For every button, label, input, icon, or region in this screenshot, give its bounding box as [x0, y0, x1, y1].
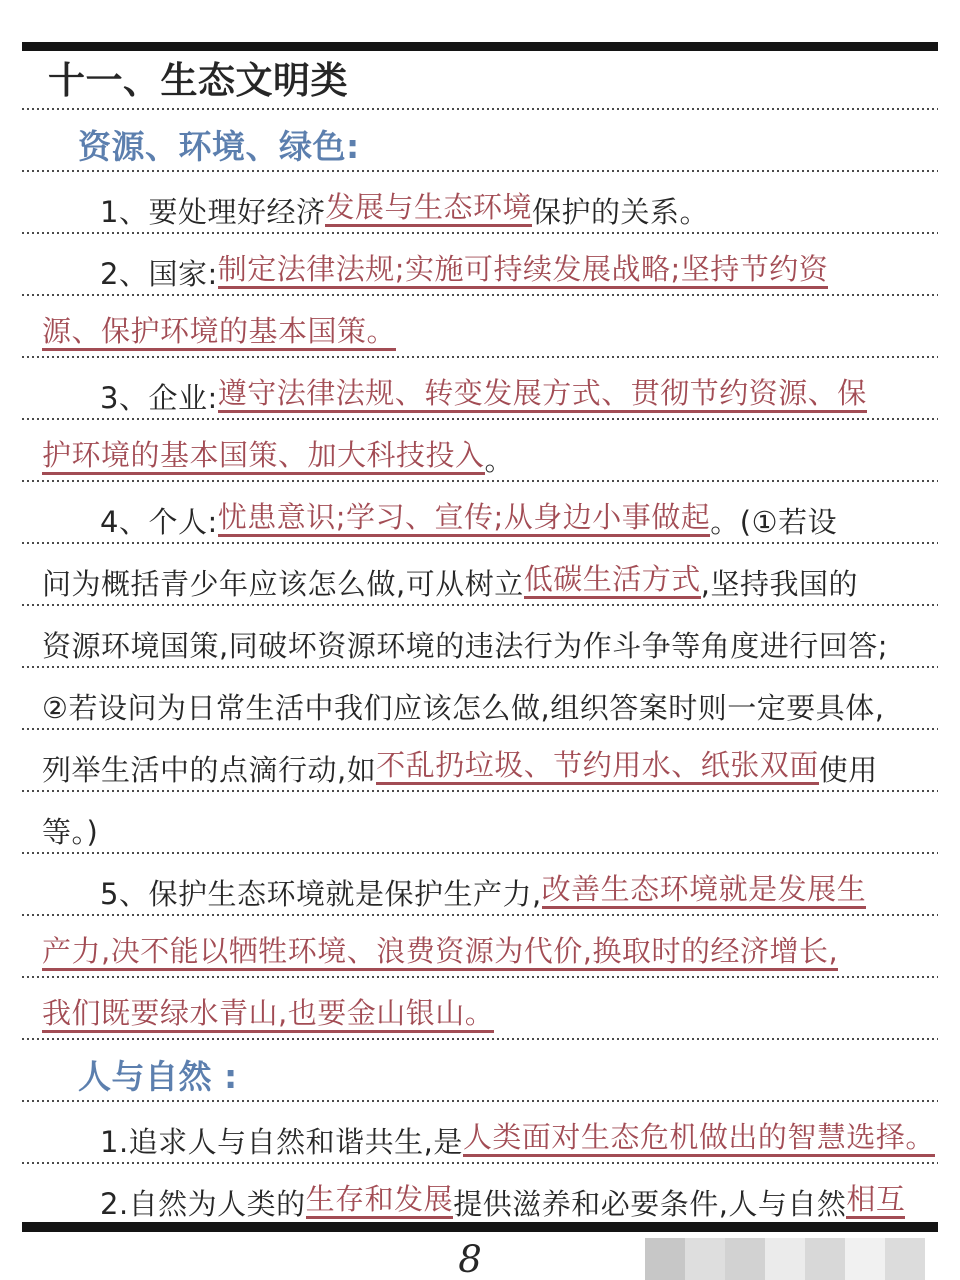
notebook-line: 资源环境国策,同破坏资源环境的违法行为作斗争等角度进行回答; [22, 606, 938, 668]
page-number: 8 [440, 1238, 500, 1280]
watermark-pixel [725, 1238, 765, 1280]
text-segment: 低碳生活方式 [524, 564, 701, 599]
text-segment: 相互 [846, 1184, 905, 1219]
notebook-line: 等。) [22, 792, 938, 854]
notebook-line: 源、保护环境的基本国策。 [22, 296, 938, 358]
notebook-line: 我们既要绿水青山,也要金山银山。 [22, 978, 938, 1040]
watermark-pixel [685, 1238, 725, 1280]
text-segment: 4、个人: [100, 507, 218, 537]
text-segment: 。 [485, 445, 515, 475]
watermark-pixel [885, 1238, 925, 1280]
text-segment: 十一、生态文明类 [48, 62, 348, 101]
watermark-pixel [645, 1238, 685, 1280]
text-segment: 1、要处理好经济 [100, 197, 325, 227]
text-segment: 产力,决不能以牺牲环境、浪费资源为代价,换取时的经济增长, [42, 936, 838, 971]
text-segment: ②若设问为日常生活中我们应该怎么做,组织答案时则一定要具体, [42, 693, 884, 723]
notebook-line: 问为概括青少年应该怎么做,可从树立低碳生活方式,坚持我国的 [22, 544, 938, 606]
watermark-pixel [845, 1238, 885, 1280]
notebook-line: 十一、生态文明类 [22, 48, 938, 110]
text-segment: 提供滋养和必要条件,人与自然 [453, 1189, 846, 1219]
pixelated-watermark [645, 1238, 925, 1280]
notebook-line: 1.追求人与自然和谐共生,是人类面对生态危机做出的智慧选择。 [22, 1102, 938, 1164]
notebook-page: 十一、生态文明类资源、环境、绿色:1、要处理好经济发展与生态环境保护的关系。2、… [0, 0, 960, 1280]
text-segment: 。(①若设 [710, 507, 837, 537]
notebook-line: 护环境的基本国策、加大科技投入。 [22, 420, 938, 482]
notebook-lines: 十一、生态文明类资源、环境、绿色:1、要处理好经济发展与生态环境保护的关系。2、… [22, 48, 938, 1232]
text-segment: 列举生活中的点滴行动,如 [42, 755, 376, 785]
text-segment: 我们既要绿水青山,也要金山银山。 [42, 998, 494, 1033]
notebook-line: 5、保护生态环境就是保护生产力,改善生态环境就是发展生 [22, 854, 938, 916]
text-segment: 资源、环境、绿色: [78, 130, 360, 165]
notebook-line: 4、个人:忧患意识;学习、宣传;从身边小事做起。(①若设 [22, 482, 938, 544]
text-segment: 制定法律法规;实施可持续发展战略;坚持节约资 [218, 254, 829, 289]
text-segment: 保护的关系。 [532, 197, 709, 227]
text-segment: 资源环境国策,同破坏资源环境的违法行为作斗争等角度进行回答; [42, 631, 888, 661]
notebook-line: 2、国家:制定法律法规;实施可持续发展战略;坚持节约资 [22, 234, 938, 296]
text-segment: 忧患意识;学习、宣传;从身边小事做起 [218, 502, 711, 537]
text-segment: 遵守法律法规、转变发展方式、贯彻节约资源、保 [218, 378, 867, 413]
notebook-line: 3、企业:遵守法律法规、转变发展方式、贯彻节约资源、保 [22, 358, 938, 420]
text-segment: 2.自然为人类的 [100, 1189, 306, 1219]
text-segment: 改善生态环境就是发展生 [542, 874, 867, 909]
text-segment: 使用 [819, 755, 878, 785]
text-segment: 等。) [42, 817, 98, 847]
text-segment: 源、保护环境的基本国策。 [42, 316, 396, 351]
notebook-line: ②若设问为日常生活中我们应该怎么做,组织答案时则一定要具体, [22, 668, 938, 730]
text-segment: 不乱扔垃圾、节约用水、纸张双面 [376, 750, 819, 785]
text-segment: 生存和发展 [306, 1184, 454, 1219]
notebook-line: 2.自然为人类的生存和发展提供滋养和必要条件,人与自然相互 [22, 1164, 938, 1232]
text-segment: 5、保护生态环境就是保护生产力, [100, 879, 542, 909]
watermark-pixel [805, 1238, 845, 1280]
watermark-pixel [765, 1238, 805, 1280]
text-segment: 护环境的基本国策、加大科技投入 [42, 440, 485, 475]
text-segment: ,坚持我国的 [701, 569, 858, 599]
text-segment: 发展与生态环境 [325, 192, 532, 227]
notebook-line: 人与自然 : [22, 1040, 938, 1102]
text-segment: 1.追求人与自然和谐共生,是 [100, 1127, 463, 1157]
text-segment: 问为概括青少年应该怎么做,可从树立 [42, 569, 524, 599]
notebook-line: 1、要处理好经济发展与生态环境保护的关系。 [22, 172, 938, 234]
notebook-line: 列举生活中的点滴行动,如不乱扔垃圾、节约用水、纸张双面使用 [22, 730, 938, 792]
text-segment: 3、企业: [100, 383, 218, 413]
text-segment: 人与自然 : [78, 1060, 238, 1095]
text-segment: 2、国家: [100, 259, 218, 289]
notebook-line: 产力,决不能以牺牲环境、浪费资源为代价,换取时的经济增长, [22, 916, 938, 978]
notebook-line: 资源、环境、绿色: [22, 110, 938, 172]
text-segment: 人类面对生态危机做出的智慧选择。 [463, 1122, 935, 1157]
